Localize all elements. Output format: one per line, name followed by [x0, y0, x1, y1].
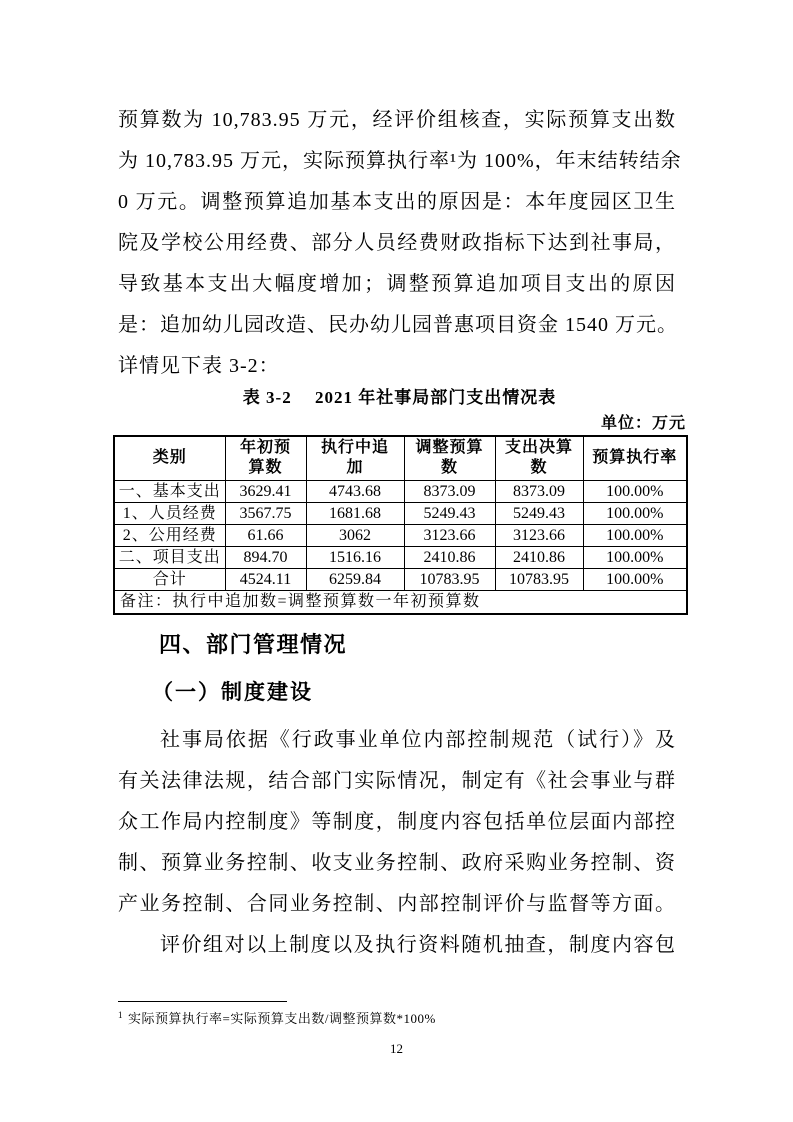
- cell-value: 10783.95: [404, 568, 495, 590]
- cell-value: 4524.11: [225, 568, 306, 590]
- paragraph-system-construction: 社事局依据《行政事业单位内部控制规范（试行）》及 有关法律法规，结合部门实际情况…: [118, 720, 676, 925]
- header-category: 类别: [114, 436, 225, 480]
- cell-value: 6259.84: [306, 568, 404, 590]
- body-line: 为 10,783.95 万元，实际预算执行率¹为 100%，年末结转结余: [118, 141, 676, 182]
- cell-value: 5249.43: [495, 502, 583, 524]
- cell-value: 8373.09: [404, 480, 495, 502]
- sub-heading: （一）制度建设: [152, 676, 313, 706]
- body-line: 社事局依据《行政事业单位内部控制规范（试行）》及: [118, 720, 676, 761]
- footnote-text: 实际预算执行率=实际预算支出数/调整预算数*100%: [128, 1011, 436, 1026]
- cell-value: 8373.09: [495, 480, 583, 502]
- table-row: 2、公用经费 61.66 3062 3123.66 3123.66 100.00…: [114, 524, 687, 546]
- cell-value: 4743.68: [306, 480, 404, 502]
- header-in-year-addition: 执行中追 加: [306, 436, 404, 480]
- cell-value: 61.66: [225, 524, 306, 546]
- remark-text: 备注：执行中追加数=调整预算数一年初预算数: [114, 590, 687, 614]
- header-final-expenditure: 支出决算 数: [495, 436, 583, 480]
- cell-value: 894.70: [225, 546, 306, 568]
- cell-value: 2410.86: [404, 546, 495, 568]
- section-heading: 四、部门管理情况: [159, 628, 347, 659]
- document-page: 预算数为 10,783.95 万元，经评价组核查，实际预算支出数 为 10,78…: [0, 0, 793, 1122]
- footnote-marker: 1: [118, 1010, 123, 1020]
- body-line: 评价组对以上制度以及执行资料随机抽查，制度内容包: [118, 925, 676, 966]
- cell-value: 3567.75: [225, 502, 306, 524]
- cell-value: 100.00%: [583, 568, 687, 590]
- footnote-divider: [118, 1001, 287, 1002]
- body-line: 众工作局内控制度》等制度，制度内容包括单位层面内部控: [118, 802, 676, 843]
- table-header-row: 类别 年初预 算数 执行中追 加 调整预算 数 支出决算 数 预算执行率: [114, 436, 687, 480]
- cell-value: 5249.43: [404, 502, 495, 524]
- header-initial-budget: 年初预 算数: [225, 436, 306, 480]
- cell-category: 二、项目支出: [114, 546, 225, 568]
- body-line: 有关法律法规，结合部门实际情况，制定有《社会事业与群: [118, 761, 676, 802]
- cell-category: 1、人员经费: [114, 502, 225, 524]
- unit-label: 单位：万元: [601, 410, 686, 433]
- cell-value: 100.00%: [583, 524, 687, 546]
- body-line: 产业务控制、合同业务控制、内部控制评价与监督等方面。: [118, 884, 676, 925]
- cell-value: 100.00%: [583, 502, 687, 524]
- cell-value: 1681.68: [306, 502, 404, 524]
- header-adjusted-budget: 调整预算 数: [404, 436, 495, 480]
- footnote: 1实际预算执行率=实际预算支出数/调整预算数*100%: [118, 1008, 436, 1027]
- table-row: 一、基本支出 3629.41 4743.68 8373.09 8373.09 1…: [114, 480, 687, 502]
- page-number: 12: [0, 1041, 793, 1057]
- body-line: 0 万元。调整预算追加基本支出的原因是：本年度园区卫生: [118, 182, 676, 223]
- body-line: 导致基本支出大幅度增加；调整预算追加项目支出的原因: [118, 264, 676, 305]
- paragraph-budget-execution: 预算数为 10,783.95 万元，经评价组核查，实际预算支出数 为 10,78…: [118, 100, 676, 387]
- cell-value: 3123.66: [495, 524, 583, 546]
- paragraph-evaluation: 评价组对以上制度以及执行资料随机抽查，制度内容包: [118, 925, 676, 966]
- expense-table: 类别 年初预 算数 执行中追 加 调整预算 数 支出决算 数 预算执行率 一、基…: [113, 435, 688, 615]
- body-line: 院及学校公用经费、部分人员经费财政指标下达到社事局，: [118, 223, 676, 264]
- body-line: 是：追加幼儿园改造、民办幼儿园普惠项目资金 1540 万元。: [118, 305, 676, 346]
- cell-value: 2410.86: [495, 546, 583, 568]
- body-line: 详情见下表 3-2：: [118, 346, 676, 387]
- cell-value: 100.00%: [583, 546, 687, 568]
- cell-value: 3123.66: [404, 524, 495, 546]
- cell-value: 10783.95: [495, 568, 583, 590]
- table-remark-row: 备注：执行中追加数=调整预算数一年初预算数: [114, 590, 687, 614]
- cell-value: 100.00%: [583, 480, 687, 502]
- cell-value: 3629.41: [225, 480, 306, 502]
- cell-value: 3062: [306, 524, 404, 546]
- cell-category: 合计: [114, 568, 225, 590]
- body-line: 制、预算业务控制、收支业务控制、政府采购业务控制、资: [118, 843, 676, 884]
- cell-category: 一、基本支出: [114, 480, 225, 502]
- body-line: 预算数为 10,783.95 万元，经评价组核查，实际预算支出数: [118, 100, 676, 141]
- cell-value: 1516.16: [306, 546, 404, 568]
- cell-category: 2、公用经费: [114, 524, 225, 546]
- table-row: 二、项目支出 894.70 1516.16 2410.86 2410.86 10…: [114, 546, 687, 568]
- header-execution-rate: 预算执行率: [583, 436, 687, 480]
- table-row-total: 合计 4524.11 6259.84 10783.95 10783.95 100…: [114, 568, 687, 590]
- table-title: 表 3-2 2021 年社事局部门支出情况表: [113, 383, 686, 408]
- table-row: 1、人员经费 3567.75 1681.68 5249.43 5249.43 1…: [114, 502, 687, 524]
